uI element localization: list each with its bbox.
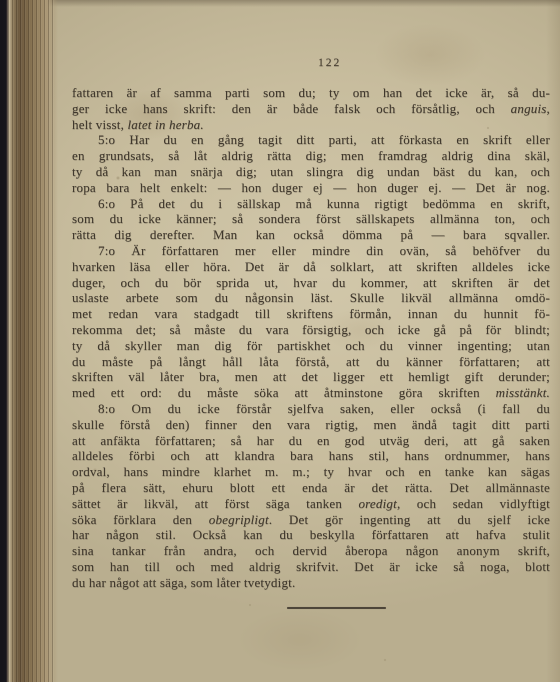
text-segment: 8:o Om du icke förstår sjelfva saken, el… bbox=[98, 401, 550, 416]
page-edge-striations bbox=[8, 0, 54, 682]
text-line: helt visst, latet in herba. bbox=[72, 117, 550, 133]
text-segment: rätta dig derefter. Man kan också dömma … bbox=[72, 227, 550, 242]
text-segment: duger, och du bör sprida ut, hvar du kom… bbox=[72, 275, 550, 290]
text-line: med ett ord: du måste söka att åtminston… bbox=[72, 385, 550, 401]
text-line: 6:o På det du i sällskap må kunna rigtig… bbox=[72, 196, 550, 212]
italic-text: obegripligt bbox=[209, 512, 269, 527]
text-line: som du icke känner; så sondera först säl… bbox=[72, 211, 550, 227]
text-line: på flera sätt, ehuru blott ett enda är d… bbox=[72, 480, 550, 496]
text-segment: met redan vara stadgadt till skriftens f… bbox=[72, 306, 550, 321]
text-line: alldeles förbi och att klandra bara hans… bbox=[72, 448, 550, 464]
text-line: fattaren är af samma parti som du; ty om… bbox=[72, 85, 550, 101]
text-segment: skriften väl låter bra, men att det ligg… bbox=[72, 369, 550, 384]
text-segment: uslaste arbete som du någonsin läst. Sku… bbox=[72, 290, 550, 305]
text-line: skulle förstå den) finner den vara rigti… bbox=[72, 417, 550, 433]
text-line: rätta dig derefter. Man kan också dömma … bbox=[72, 227, 550, 243]
text-segment: 7:o Är författaren mer eller mindre din … bbox=[98, 243, 550, 258]
text-line: söka förklara den obegripligt. Det gör i… bbox=[72, 512, 550, 528]
text-segment: ger icke hans skrift: den är både falsk … bbox=[72, 101, 511, 116]
section-divider bbox=[287, 607, 386, 609]
italic-text: misstänkt. bbox=[496, 385, 550, 400]
italic-text: oredigt bbox=[358, 496, 396, 511]
text-segment: skulle förstå den) finner den vara rigti… bbox=[72, 417, 550, 432]
text-line: ger icke hans skrift: den är både falsk … bbox=[72, 101, 550, 117]
text-segment: ty då kan man snärja dig; utan slingra d… bbox=[72, 164, 550, 179]
text-segment: med ett ord: du måste söka att åtminston… bbox=[72, 385, 496, 400]
text-segment: . Det gör ingenting att du sjelf icke bbox=[269, 512, 550, 527]
text-line: met redan vara stadgadt till skriftens f… bbox=[72, 306, 550, 322]
text-line: en grundsats, så låt aldrig rätta dig; m… bbox=[72, 148, 550, 164]
text-line: ropa bara helt enkelt: — hon duger ej — … bbox=[72, 180, 550, 196]
text-segment: att anfäkta författaren; så har du en go… bbox=[72, 433, 550, 448]
text-segment: , bbox=[547, 101, 550, 116]
text-segment: ty då skyller man dig för partiskhet och… bbox=[72, 338, 550, 353]
text-line: har någon stil. Också kan du beskylla fö… bbox=[72, 527, 550, 543]
book-binding-gutter bbox=[0, 0, 58, 682]
text-segment: sättet är likväl, att först säga tanken bbox=[72, 496, 358, 511]
italic-text: latet in herba. bbox=[128, 117, 204, 132]
text-segment: du har något att säga, som låter tvetydi… bbox=[72, 575, 295, 590]
text-segment: på flera sätt, ehuru blott ett enda är d… bbox=[72, 480, 550, 495]
text-segment: söka förklara den bbox=[72, 512, 209, 527]
text-line: som han till och med aldrig skrifvit. De… bbox=[72, 559, 550, 575]
text-line: hvarken läsa eller höra. Det är då solkl… bbox=[72, 259, 550, 275]
text-segment: ropa bara helt enkelt: — hon duger ej — … bbox=[72, 180, 550, 195]
text-segment: har någon stil. Också kan du beskylla fö… bbox=[72, 527, 550, 542]
text-segment: 5:o Har du en gång tagit ditt parti, att… bbox=[98, 132, 550, 147]
text-line: 8:o Om du icke förstår sjelfva saken, el… bbox=[72, 401, 550, 417]
book-page: 122 fattaren är af samma parti som du; t… bbox=[0, 0, 560, 682]
text-segment: sina tankar från andra, och dervid åbero… bbox=[72, 543, 550, 558]
text-line: 5:o Har du en gång tagit ditt parti, att… bbox=[72, 132, 550, 148]
italic-text: anguis bbox=[511, 101, 547, 116]
text-segment: fattaren är af samma parti som du; ty om… bbox=[72, 85, 550, 100]
text-segment: du måste på långt håll låta förstå, att … bbox=[72, 354, 550, 369]
text-segment: rekomma det; så måste du vara försigtig,… bbox=[72, 322, 550, 337]
text-line: du har något att säga, som låter tvetydi… bbox=[72, 575, 550, 591]
text-line: duger, och du bör sprida ut, hvar du kom… bbox=[72, 275, 550, 291]
text-segment: 6:o På det du i sällskap må kunna rigtig… bbox=[98, 196, 550, 211]
text-line: du måste på långt håll låta förstå, att … bbox=[72, 354, 550, 370]
body-text: fattaren är af samma parti som du; ty om… bbox=[72, 85, 550, 591]
text-segment: ordval, hans mindre klarhet m. m.; ty hv… bbox=[72, 464, 550, 479]
text-line: ty då skyller man dig för partiskhet och… bbox=[72, 338, 550, 354]
text-segment: en grundsats, så låt aldrig rätta dig; m… bbox=[72, 148, 550, 163]
text-line: 7:o Är författaren mer eller mindre din … bbox=[72, 243, 550, 259]
text-line: sina tankar från andra, och dervid åbero… bbox=[72, 543, 550, 559]
page-number: 122 bbox=[318, 57, 341, 69]
text-line: sättet är likväl, att först säga tanken … bbox=[72, 496, 550, 512]
text-line: att anfäkta författaren; så har du en go… bbox=[72, 433, 550, 449]
text-line: uslaste arbete som du någonsin läst. Sku… bbox=[72, 290, 550, 306]
text-segment: som du icke känner; så sondera först säl… bbox=[72, 211, 550, 226]
text-line: ordval, hans mindre klarhet m. m.; ty hv… bbox=[72, 464, 550, 480]
text-segment: hvarken läsa eller höra. Det är då solkl… bbox=[72, 259, 550, 274]
text-segment: , och sedan vidlyftigt bbox=[397, 496, 550, 511]
text-line: ty då kan man snärja dig; utan slingra d… bbox=[72, 164, 550, 180]
text-segment: helt visst, bbox=[72, 117, 128, 132]
text-segment: som han till och med aldrig skrifvit. De… bbox=[72, 559, 550, 574]
text-segment: alldeles förbi och att klandra bara hans… bbox=[72, 448, 550, 463]
text-line: rekomma det; så måste du vara försigtig,… bbox=[72, 322, 550, 338]
text-line: skriften väl låter bra, men att det ligg… bbox=[72, 369, 550, 385]
